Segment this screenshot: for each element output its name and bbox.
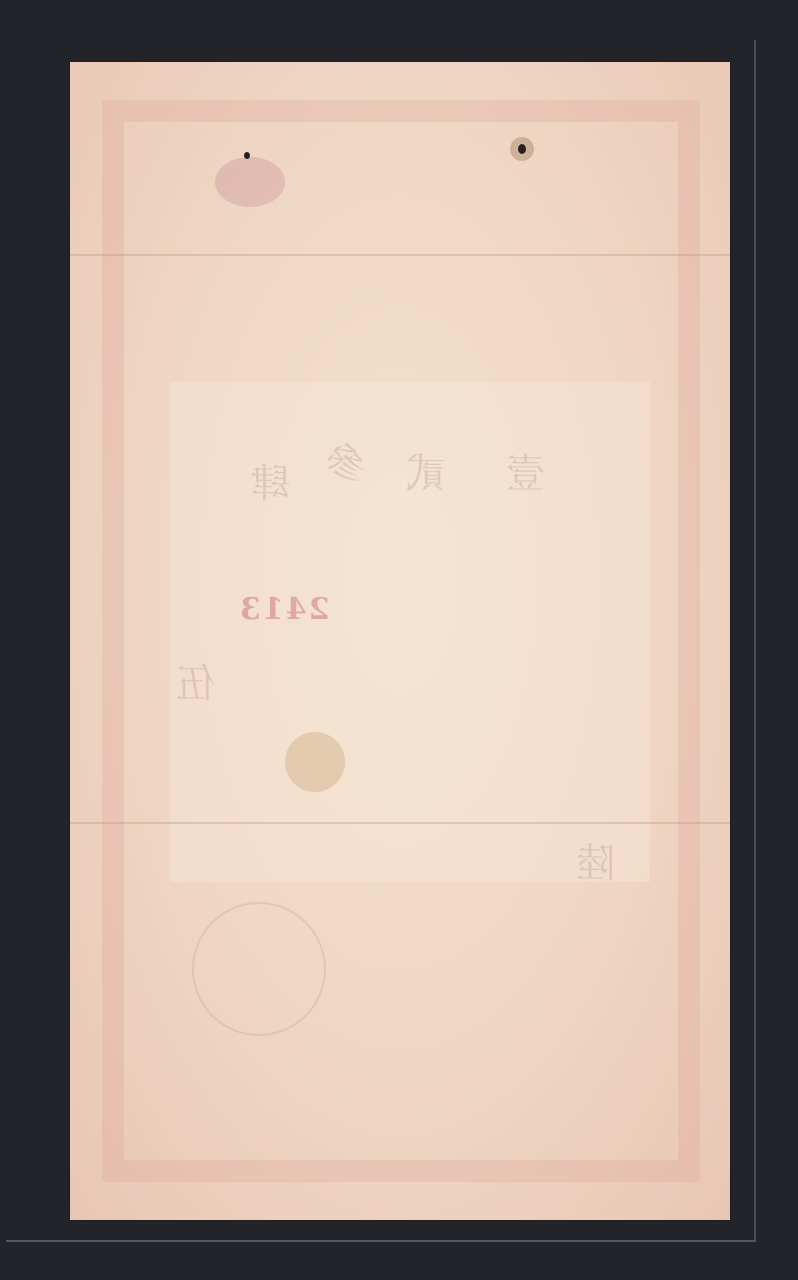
bleed-column-5: 伍 <box>170 662 227 730</box>
bleed-column-3: 參 <box>320 442 377 510</box>
fold-line-top <box>70 254 730 256</box>
bleed-column-4: 肆 <box>245 462 302 530</box>
certificate-paper: 壹 貳 參 肆 伍 陸 2413 <box>70 62 730 1220</box>
bleed-column-2: 貳 <box>400 452 457 520</box>
fold-line-bottom <box>70 822 730 824</box>
pin-hole-right <box>518 144 526 154</box>
pink-stain <box>215 157 285 207</box>
bleed-column-6: 陸 <box>570 842 627 910</box>
bleed-column-1: 壹 <box>500 452 557 520</box>
pin-hole-left <box>244 152 250 159</box>
faint-seal-stamp <box>192 902 326 1036</box>
serial-number: 2413 <box>238 592 330 627</box>
brown-stain <box>285 732 345 792</box>
